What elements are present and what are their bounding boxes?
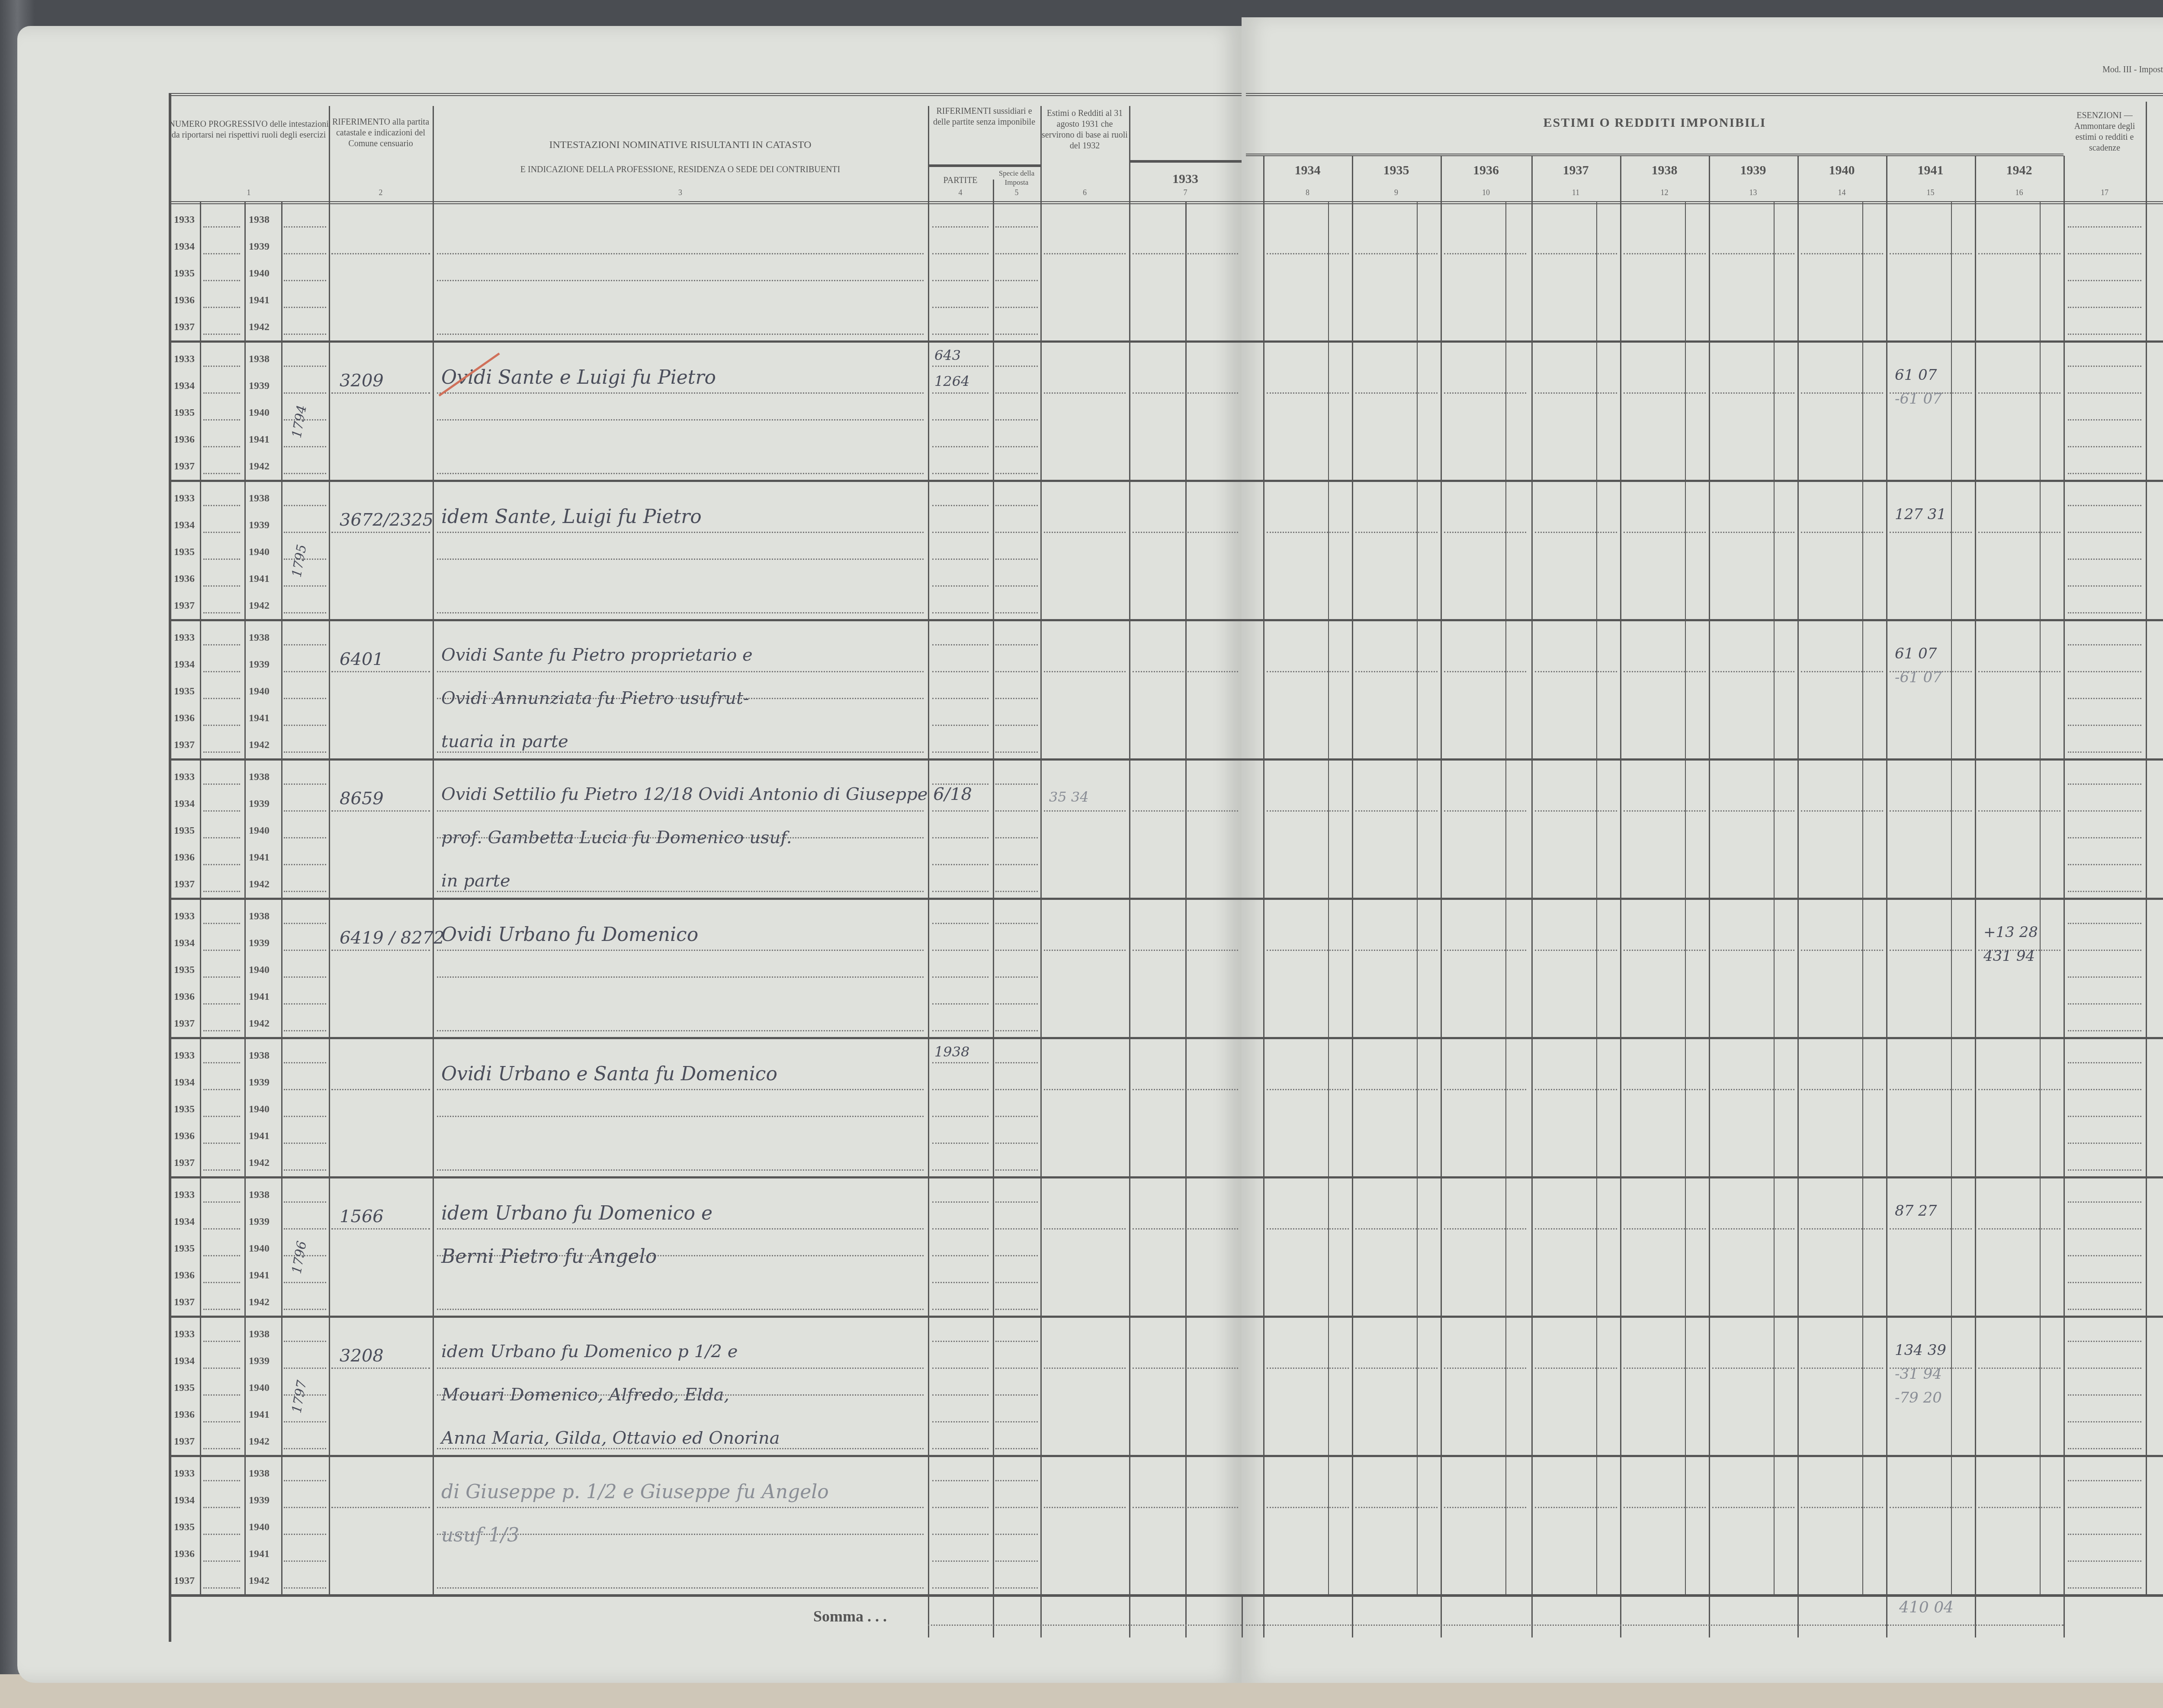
specie-dots: [995, 1030, 1038, 1031]
esenzioni-dots: [2068, 923, 2141, 924]
year-label-left: 1937: [174, 879, 195, 890]
ruolo-dots: [284, 585, 326, 587]
year-value-dots: [1978, 810, 2060, 812]
value-1941: -31 94: [1895, 1365, 1942, 1383]
partite-dots: [932, 1480, 988, 1481]
specie-dots: [995, 891, 1038, 892]
ruolo-dots: [203, 1560, 240, 1562]
year-label-right: 1942: [249, 1575, 270, 1587]
ruolo-dots: [203, 1062, 240, 1063]
specie-dots: [995, 473, 1038, 474]
year-value-dots: [1267, 950, 1349, 951]
ruolo-dots: [203, 419, 240, 421]
specie-dots: [995, 1062, 1038, 1063]
specie-dots: [995, 334, 1038, 335]
name-line-dots: [437, 1368, 924, 1369]
year-label-left: 1937: [174, 321, 195, 333]
specie-dots: [995, 1169, 1038, 1171]
year-value-dots: [1267, 392, 1349, 394]
year-value-dots: [1712, 253, 1794, 254]
esenzioni-dots: [2068, 1169, 2141, 1171]
ruolo-dots: [203, 280, 240, 281]
partite-dots: [932, 1030, 988, 1031]
year-value-dots: [1624, 532, 1706, 533]
ruolo-dots: [284, 976, 326, 978]
ruolo-dots: [284, 1507, 326, 1508]
table-left-border: [169, 93, 171, 1642]
ruolo-dots: [284, 446, 326, 447]
specie-dots: [995, 307, 1038, 308]
esenzioni-dots: [2068, 1341, 2141, 1342]
esenzioni-dots: [2068, 837, 2141, 838]
year-label-left: 1936: [174, 573, 195, 585]
esenzioni-dots: [2068, 1003, 2141, 1005]
year-label-right: 1941: [249, 573, 270, 585]
value-dots: [1044, 532, 1126, 533]
partite-dots: [932, 671, 988, 672]
year-label-left: 1934: [174, 1216, 195, 1228]
block-separator: [169, 340, 2163, 343]
value-dots: [1044, 1368, 1126, 1369]
taxpayer-name-line: Ovidi Annunziata fu Pietro usufrut-: [441, 688, 749, 708]
partite-dots: [932, 864, 988, 865]
header-year-1933: 1933: [1129, 171, 1242, 187]
esenzioni-dots: [2068, 226, 2141, 228]
year-label-right: 1940: [249, 1243, 270, 1255]
year-label-right: 1942: [249, 1018, 270, 1030]
partite-dots: [932, 1341, 988, 1342]
ruolo-dots: [284, 950, 326, 951]
specie-dots: [995, 505, 1038, 506]
partita-number: 1566: [340, 1207, 384, 1226]
specie-dots: [995, 1480, 1038, 1481]
partita-number: 3672/2325: [340, 510, 433, 530]
partite-dots: [932, 1394, 988, 1396]
column-number: 9: [1352, 188, 1441, 197]
year-label-left: 1936: [174, 434, 195, 446]
somma-col-divider: [1185, 1594, 1187, 1637]
ruolo-dots: [284, 671, 326, 672]
partite-dots: [932, 950, 988, 951]
year-label-right: 1938: [249, 771, 270, 783]
specie-dots: [995, 1534, 1038, 1535]
esenzioni-dots: [2068, 505, 2141, 506]
year-value-dots: [1801, 810, 1883, 812]
column-number: 14: [1797, 188, 1886, 197]
year-value-dots: [1712, 1507, 1794, 1508]
year-label-right: 1939: [249, 520, 270, 531]
partita-dots: [331, 253, 430, 254]
ruolo-dots: [284, 280, 326, 281]
header-year-1938: 1938: [1620, 162, 1709, 179]
esenzioni-dots: [2068, 1228, 2141, 1230]
column-number: 10: [1441, 188, 1531, 197]
specie-dots: [995, 976, 1038, 978]
year-label-left: 1936: [174, 1409, 195, 1421]
year-value-dots: [1624, 253, 1706, 254]
partite-dots: [932, 1421, 988, 1422]
year-label-right: 1942: [249, 1436, 270, 1448]
year-value-dots: [1624, 1228, 1706, 1230]
year-label-right: 1941: [249, 434, 270, 446]
year-label-left: 1933: [174, 911, 195, 922]
header-year-1940: 1940: [1797, 162, 1886, 179]
taxpayer-name-line: Ovidi Urbano e Santa fu Domenico: [441, 1063, 777, 1085]
year-label-right: 1938: [249, 1189, 270, 1201]
ruolo-dots: [284, 226, 326, 228]
partite-dots: [932, 473, 988, 474]
ruolo-dots: [284, 1030, 326, 1031]
ruolo-dots: [203, 810, 240, 812]
esenzioni-dots: [2068, 1480, 2141, 1481]
year-value-dots: [1267, 1228, 1349, 1230]
esenzioni-dots: [2068, 1309, 2141, 1310]
year-label-right: 1940: [249, 1104, 270, 1115]
year-value-dots: [1444, 1507, 1526, 1508]
partite-dots: [932, 1282, 988, 1283]
year-label-right: 1940: [249, 825, 270, 837]
year-label-right: 1940: [249, 964, 270, 976]
ruolo-dots: [284, 1309, 326, 1310]
somma-col-divider: [1263, 1594, 1264, 1637]
year-label-left: 1935: [174, 1243, 195, 1255]
partita-number: 3208: [340, 1346, 384, 1366]
specie-dots: [995, 1282, 1038, 1283]
partite-dots: [932, 810, 988, 812]
ruolo-dots: [203, 751, 240, 753]
year-label-right: 1941: [249, 1270, 270, 1281]
ruolo-dots: [203, 725, 240, 726]
value-1941: 61 07: [1895, 645, 1937, 662]
column-number: 13: [1709, 188, 1797, 197]
name-line-dots: [437, 1587, 924, 1589]
specie-dots: [995, 1394, 1038, 1396]
esenzioni-dots: [2068, 1143, 2141, 1144]
year-value-dots: [1535, 1089, 1617, 1090]
year-value-dots: [1535, 253, 1617, 254]
esenzioni-dots: [2068, 864, 2141, 865]
name-line-dots: [437, 976, 924, 978]
ruolo-dots: [203, 1480, 240, 1481]
block-separator: [169, 898, 2163, 900]
esenzioni-dots: [2068, 1394, 2141, 1396]
ruolo-dots: [284, 698, 326, 699]
esenzioni-dots: [2068, 253, 2141, 254]
year-value-dots: [1267, 253, 1349, 254]
year-label-right: 1942: [249, 600, 270, 612]
esenzioni-dots: [2068, 473, 2141, 474]
header-col-divider: [433, 106, 434, 201]
name-line-dots: [437, 473, 924, 474]
year-label-right: 1938: [249, 493, 270, 504]
ruolo-dots: [203, 1116, 240, 1117]
value-1941: -79 20: [1895, 1389, 1942, 1406]
name-line-dots: [437, 280, 924, 281]
esenzioni-dots: [2068, 644, 2141, 645]
header-intestazioni: INTESTAZIONI NOMINATIVE RISULTANTI IN CA…: [433, 138, 928, 151]
year-value-dots: [1535, 392, 1617, 394]
ruolo-dots: [203, 612, 240, 613]
somma-col-divider: [1886, 1594, 1887, 1637]
partita-dots: [331, 810, 430, 812]
year-value-dots: [1444, 1368, 1526, 1369]
value-dots: [1044, 950, 1126, 951]
partite-dots: [932, 446, 988, 447]
year-label-left: 1937: [174, 739, 195, 751]
block-separator: [169, 758, 2163, 761]
ruolo-dots: [203, 1368, 240, 1369]
year-value-dots: [1267, 1368, 1349, 1369]
year-label-right: 1942: [249, 321, 270, 333]
ruolo-dots: [203, 1030, 240, 1031]
year-label-right: 1941: [249, 713, 270, 724]
ruolo-dots: [203, 392, 240, 394]
year-value-dots: [1712, 671, 1794, 672]
year-value-dots: [1712, 532, 1794, 533]
specie-dots: [995, 559, 1038, 560]
year-value-dots: [1890, 1507, 1972, 1508]
esenzioni-dots: [2068, 532, 2141, 533]
somma-col-divider: [1709, 1594, 1710, 1637]
value-dots: [1133, 532, 1238, 533]
esenzioni-dots: [2068, 1448, 2141, 1449]
year-label-right: 1941: [249, 991, 270, 1003]
specie-dots: [995, 864, 1038, 865]
name-line-dots: [437, 1309, 924, 1310]
year-label-left: 1935: [174, 1104, 195, 1115]
specie-dots: [995, 1228, 1038, 1230]
ruolo-dots: [284, 1169, 326, 1171]
year-value-dots: [1535, 1368, 1617, 1369]
partita-number: 6401: [340, 649, 384, 669]
ruolo-dots: [284, 1089, 326, 1090]
value-1941: 134 39: [1895, 1342, 1946, 1359]
column-number: 11: [1531, 188, 1620, 197]
partite-dots: [932, 1003, 988, 1005]
name-line-dots: [437, 891, 924, 892]
year-value-dots: [1890, 1228, 1972, 1230]
ruolo-dots: [284, 1587, 326, 1589]
specie-dots: [995, 392, 1038, 394]
year-value-dots: [1624, 671, 1706, 672]
year-label-right: 1939: [249, 937, 270, 949]
name-line-dots: [437, 751, 924, 753]
year-label-left: 1933: [174, 632, 195, 644]
year-label-right: 1942: [249, 461, 270, 472]
year-label-right: 1939: [249, 1216, 270, 1228]
ruolo-dots: [203, 1255, 240, 1256]
specie-dots: [995, 837, 1038, 838]
year-label-right: 1938: [249, 1050, 270, 1062]
ruolo-dots: [203, 1282, 240, 1283]
table-top-rule: [169, 93, 1242, 96]
esenzioni-dots: [2068, 1201, 2141, 1203]
name-line-dots: [437, 1116, 924, 1117]
year-label-left: 1933: [174, 1468, 195, 1480]
column-number: 16: [1975, 188, 2064, 197]
ruolo-dots: [284, 532, 326, 533]
year-label-left: 1936: [174, 1548, 195, 1560]
header-bottom-rule: [169, 201, 2163, 204]
ruolo-dots: [284, 253, 326, 254]
specie-dots: [995, 671, 1038, 672]
year-label-left: 1934: [174, 380, 195, 392]
year-label-right: 1940: [249, 546, 270, 558]
partite-dots: [932, 1201, 988, 1203]
value-dots: [1133, 1089, 1238, 1090]
ruolo-dots: [284, 1480, 326, 1481]
ruolo-dots: [203, 532, 240, 533]
year-label-left: 1937: [174, 600, 195, 612]
partita-dots: [331, 1228, 430, 1230]
esenzioni-dots: [2068, 751, 2141, 753]
specie-dots: [995, 1143, 1038, 1144]
partite-dots: [932, 976, 988, 978]
ruolo-dots: [203, 1089, 240, 1090]
year-label-left: 1937: [174, 1018, 195, 1030]
year-label-right: 1939: [249, 1355, 270, 1367]
year-label-right: 1938: [249, 1468, 270, 1480]
partite-dots: [932, 923, 988, 924]
column-number: 5: [993, 188, 1040, 197]
partite-dots: [932, 307, 988, 308]
year-label-right: 1938: [249, 214, 270, 226]
specie-dots: [995, 1003, 1038, 1005]
year-value-dots: [1624, 1368, 1706, 1369]
specie-dots: [995, 280, 1038, 281]
ruolo-dots: [203, 671, 240, 672]
header-year-1937: 1937: [1531, 162, 1620, 179]
esenzioni-dots: [2068, 1089, 2141, 1090]
name-line-dots: [437, 559, 924, 560]
year-label-right: 1940: [249, 407, 270, 419]
somma-dots: [1246, 1625, 2064, 1626]
year-value-dots: [1355, 1507, 1438, 1508]
somma-col-divider: [1352, 1594, 1353, 1637]
partita-dots: [331, 1089, 430, 1090]
esenzioni-dots: [2068, 671, 2141, 672]
year-label-left: 1935: [174, 686, 195, 697]
esenzioni-dots: [2068, 1421, 2141, 1422]
ruolo-dots: [284, 1341, 326, 1342]
ruolo-dots: [284, 725, 326, 726]
taxpayer-name-line: Ovidi Settilio fu Pietro 12/18 Ovidi Ant…: [441, 784, 972, 804]
specie-dots: [995, 446, 1038, 447]
header-year-1939: 1939: [1709, 162, 1797, 179]
name-line-dots: [437, 612, 924, 613]
year-value-dots: [1355, 1089, 1438, 1090]
header-esenzioni: ESENZIONI — Ammontare degli estimi o red…: [2064, 110, 2146, 154]
name-line-dots: [437, 1030, 924, 1031]
year-value-dots: [1535, 1507, 1617, 1508]
esenzioni-dots: [2068, 1368, 2141, 1369]
specie-dots: [995, 532, 1038, 533]
partite-dots: [932, 253, 988, 254]
partite-dots: [932, 1507, 988, 1508]
specie-dots: [995, 783, 1038, 785]
partite-dots: [932, 1587, 988, 1589]
partite-dots: [932, 559, 988, 560]
year-value-dots: [1712, 1228, 1794, 1230]
year-label-left: 1933: [174, 214, 195, 226]
year-label-left: 1936: [174, 295, 195, 306]
year-value-dots: [1712, 810, 1794, 812]
header-year-1934: 1934: [1263, 162, 1352, 179]
value-dots: [1044, 1089, 1126, 1090]
ruolo-dots: [203, 446, 240, 447]
riferimenti-subrule: [928, 164, 1040, 167]
value-dots: [1133, 1368, 1238, 1369]
year-label-left: 1936: [174, 713, 195, 724]
partita-dots: [331, 671, 430, 672]
year-label-left: 1937: [174, 1297, 195, 1308]
value-1941: -61 07: [1895, 669, 1942, 686]
partita-dots: [331, 950, 430, 951]
column-number: 8: [1263, 188, 1352, 197]
year-label-right: 1939: [249, 380, 270, 392]
year-value-dots: [1801, 253, 1883, 254]
ruolo-dots: [284, 1534, 326, 1535]
year-label-right: 1941: [249, 295, 270, 306]
esenzioni-dots: [2068, 392, 2141, 394]
esenzioni-dots: [2068, 976, 2141, 978]
year-value-dots: [1890, 950, 1972, 951]
year-label-left: 1937: [174, 1575, 195, 1587]
taxpayer-name-line: Ovidi Sante e Luigi fu Pietro: [441, 366, 716, 388]
ruolo-dots: [284, 891, 326, 892]
specie-dots: [995, 1368, 1038, 1369]
year-value-dots: [1890, 1089, 1972, 1090]
header-year-1942: 1942: [1975, 162, 2064, 179]
esenzioni-dots: [2068, 1255, 2141, 1256]
taxpayer-name-line: Mouari Domenico, Alfredo, Elda,: [441, 1385, 729, 1405]
partite-dots: [932, 644, 988, 645]
year-label-left: 1935: [174, 1522, 195, 1533]
value-1942: +13 28: [1983, 924, 2038, 941]
ruolo-dots: [284, 473, 326, 474]
partita-number: 6419 / 8272: [340, 928, 445, 948]
esenzioni-dots: [2068, 1587, 2141, 1589]
ruolo-dots: [203, 366, 240, 367]
name-line-dots: [437, 950, 924, 951]
ruolo-dots: [284, 1062, 326, 1063]
name-line-dots: [437, 392, 924, 394]
year-value-dots: [1712, 950, 1794, 951]
year-value-dots: [1890, 532, 1972, 533]
esenzioni-dots: [2068, 950, 2141, 951]
year-value-dots: [1355, 532, 1438, 533]
partite-dots: [932, 891, 988, 892]
year-label-right: 1940: [249, 1522, 270, 1533]
year-label-right: 1941: [249, 1409, 270, 1421]
somma-1941: 410 04: [1899, 1599, 1954, 1616]
year-label-left: 1936: [174, 1270, 195, 1281]
year-label-right: 1938: [249, 1329, 270, 1340]
specie-dots: [995, 1255, 1038, 1256]
block-separator: [169, 1037, 2163, 1039]
year-value-dots: [1890, 810, 1972, 812]
year-value-dots: [1978, 532, 2060, 533]
ruolo-dots: [284, 307, 326, 308]
esenzioni-dots: [2068, 307, 2141, 308]
value-dots: [1044, 1228, 1126, 1230]
ruolo-dots: [203, 1448, 240, 1449]
year-value-dots: [1355, 392, 1438, 394]
ruolo-dots: [284, 810, 326, 812]
esenzioni-dots: [2068, 559, 2141, 560]
ruolo-dots: [203, 226, 240, 228]
name-line-dots: [437, 419, 924, 421]
